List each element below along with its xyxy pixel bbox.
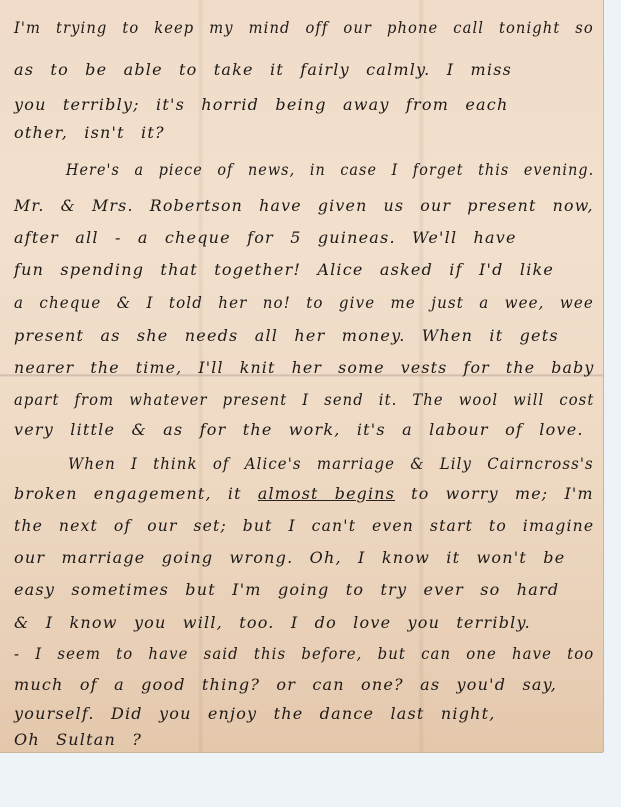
letter-line: Oh Sultan ? [14, 730, 142, 749]
letter-line: the next of our set; but I can't even st… [14, 516, 594, 535]
letter-line: When I think of Alice's marriage & Lily … [14, 454, 594, 473]
letter-line: after all - a cheque for 5 guineas. We'l… [14, 228, 517, 247]
letter-line: yourself. Did you enjoy the dance last n… [14, 704, 496, 723]
line-segment: to worry me; I'm [395, 484, 594, 503]
letter-line: our marriage going wrong. Oh, I know it … [14, 548, 565, 567]
letter-line-with-underline: broken engagement, it almost begins to w… [14, 484, 594, 503]
letter-line: apart from whatever present I send it. T… [14, 390, 594, 409]
line-segment: broken engagement, it [14, 484, 258, 503]
letter-line: I'm trying to keep my mind off our phone… [14, 18, 594, 37]
letter-line: other, isn't it? [14, 123, 165, 142]
letter-line: fun spending that together! Alice asked … [14, 260, 554, 279]
letter-line: you terribly; it's horrid being away fro… [14, 95, 508, 114]
letter-line: very little & as for the work, it's a la… [14, 420, 584, 439]
underlined-phrase: almost begins [258, 484, 395, 503]
letter-line: easy sometimes but I'm going to try ever… [14, 580, 559, 599]
letter-line: much of a good thing? or can one? as you… [14, 675, 557, 694]
letter-line: - I seem to have said this before, but c… [14, 644, 594, 663]
letter-line: Here's a piece of news, in case I forget… [14, 160, 594, 179]
letter-line: & I know you will, too. I do love you te… [14, 613, 531, 632]
letter-line: a cheque & I told her no! to give me jus… [14, 293, 594, 312]
letter-page: I'm trying to keep my mind off our phone… [0, 0, 603, 752]
letter-line: nearer the time, I'll knit her some vest… [14, 358, 594, 377]
letter-line: present as she needs all her money. When… [14, 326, 559, 345]
letter-line: as to be able to take it fairly calmly. … [14, 60, 512, 79]
letter-line: Mr. & Mrs. Robertson have given us our p… [14, 196, 594, 215]
